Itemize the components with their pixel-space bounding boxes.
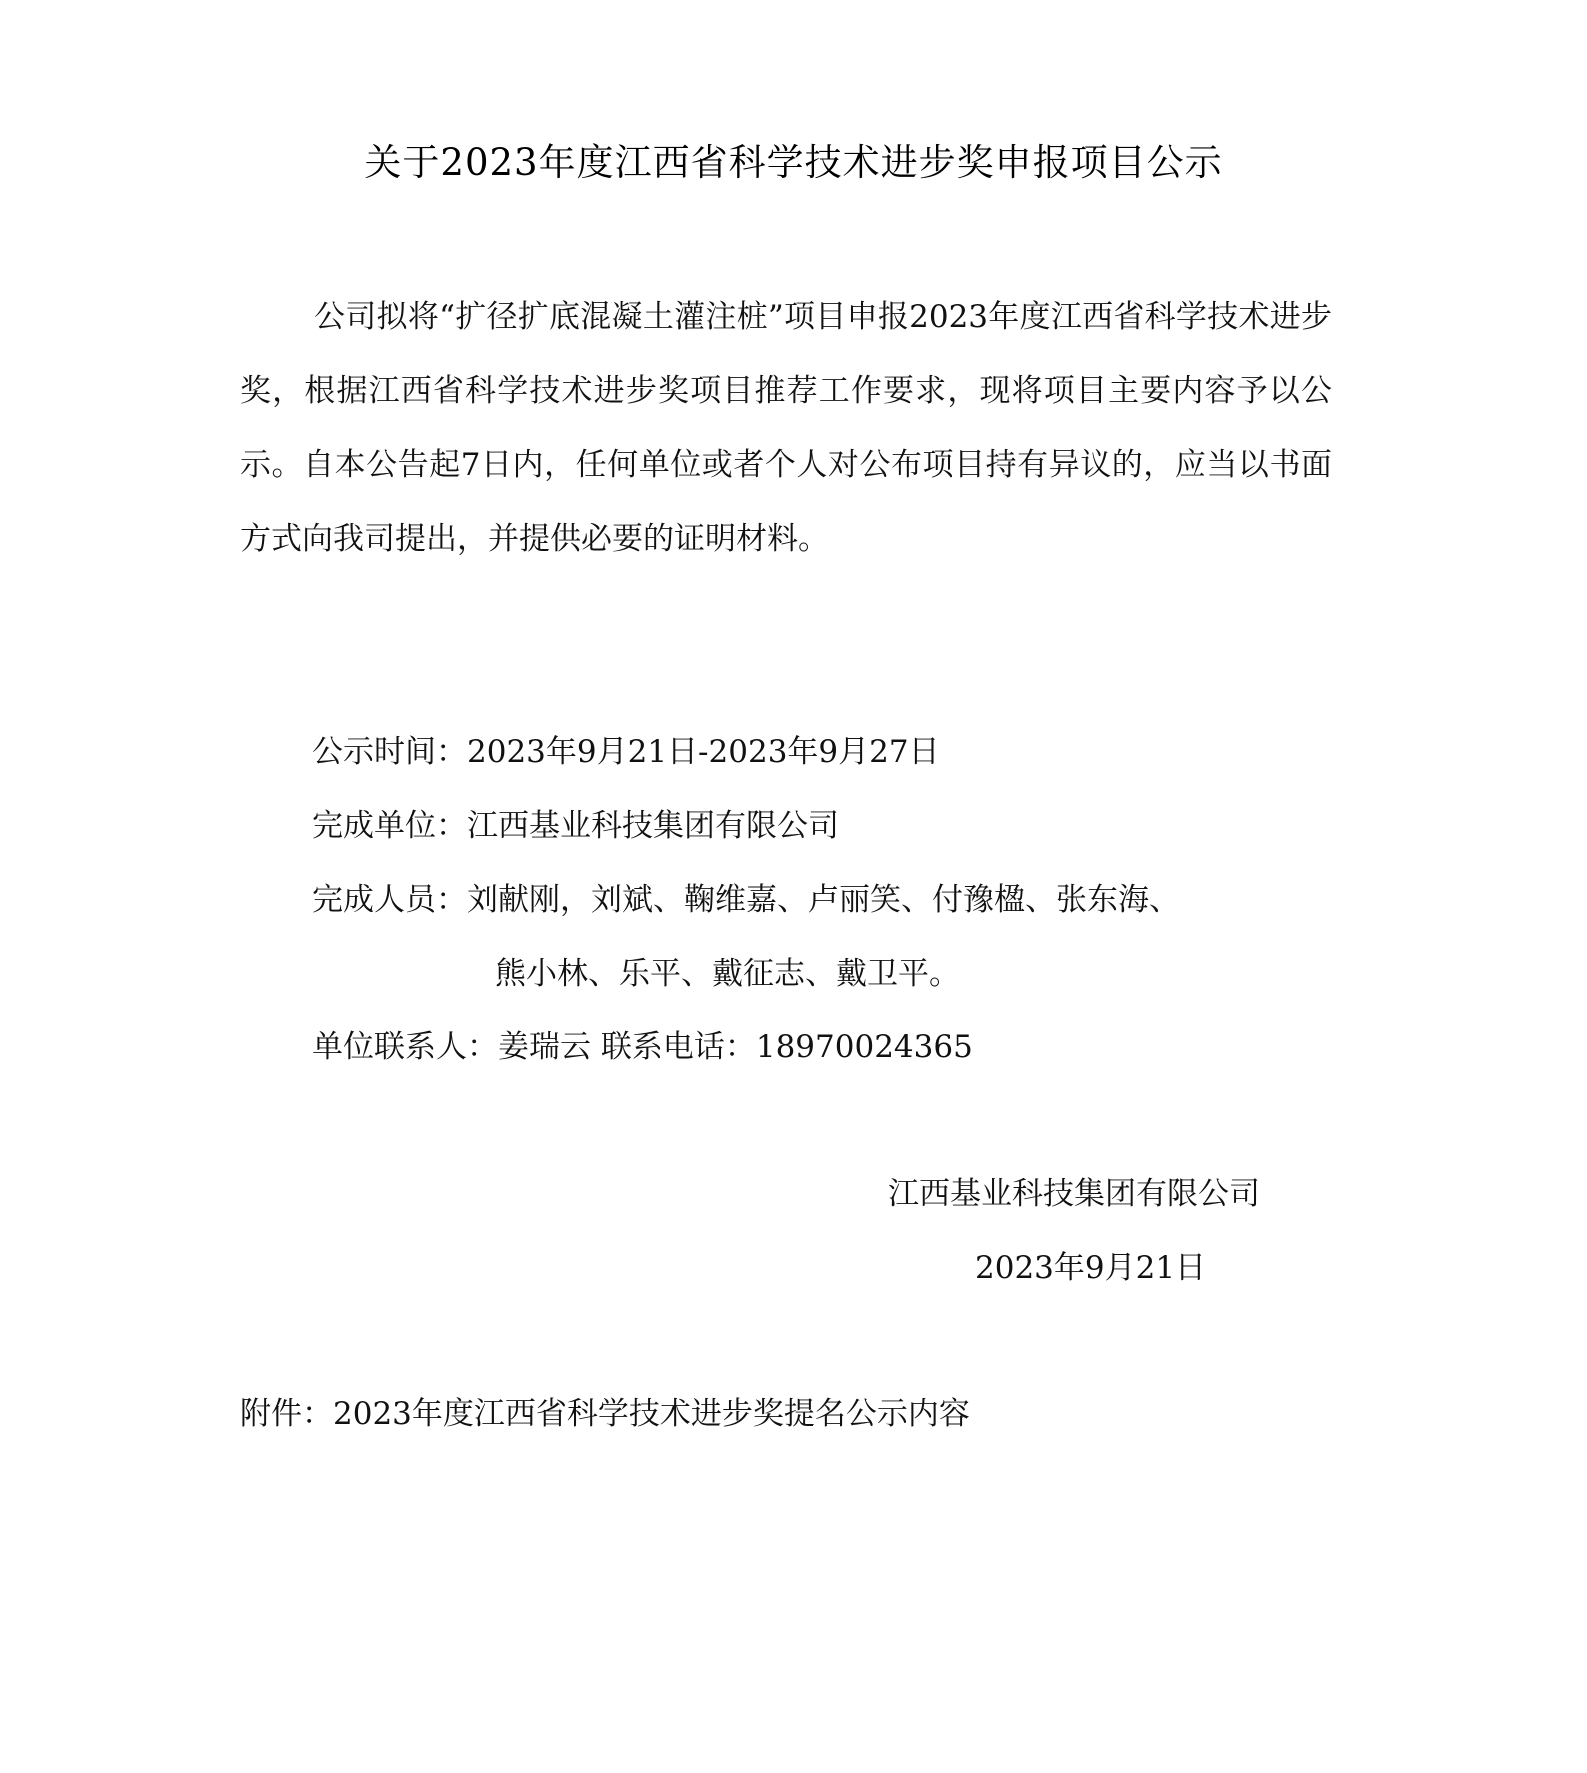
publicity-period-value: 2023年9月21日-2023年9月27日: [467, 726, 940, 771]
contact-info: 单位联系人：姜瑞云 联系电话：18970024365: [312, 1021, 973, 1066]
document-title: 关于2023年度江西省科学技术进步奖申报项目公示: [0, 132, 1587, 186]
completion-personnel-label: 完成人员：: [312, 874, 467, 919]
completion-personnel: 完成人员：刘献刚，刘斌、鞠维嘉、卢丽笑、付豫楹、张东海、: [312, 874, 1180, 919]
completion-personnel-line2: 熊小林、乐平、戴征志、戴卫平。: [495, 948, 960, 993]
contact-person: 姜瑞云: [498, 1021, 591, 1066]
completion-unit-label: 完成单位：: [312, 800, 467, 845]
publicity-period-label: 公示时间：: [312, 726, 467, 771]
signature-date: 2023年9月21日: [975, 1242, 1206, 1287]
attachment-note: 附件：2023年度江西省科学技术进步奖提名公示内容: [240, 1388, 970, 1433]
publicity-period: 公示时间：2023年9月21日-2023年9月27日: [312, 726, 940, 771]
completion-unit: 完成单位：江西基业科技集团有限公司: [312, 800, 839, 845]
contact-phone: 18970024365: [756, 1029, 973, 1065]
completion-personnel-line1: 刘献刚，刘斌、鞠维嘉、卢丽笑、付豫楹、张东海、: [467, 874, 1180, 919]
signature-company: 江西基业科技集团有限公司: [888, 1168, 1260, 1213]
contact-phone-label: 联系电话：: [601, 1021, 756, 1066]
contact-person-label: 单位联系人：: [312, 1021, 498, 1066]
document-page: 关于2023年度江西省科学技术进步奖申报项目公示 公司拟将“扩径扩底混凝土灌注桩…: [0, 0, 1587, 1773]
body-paragraph: 公司拟将“扩径扩底混凝土灌注桩”项目申报2023年度江西省科学技术进步奖，根据江…: [240, 280, 1332, 576]
completion-unit-value: 江西基业科技集团有限公司: [467, 800, 839, 845]
